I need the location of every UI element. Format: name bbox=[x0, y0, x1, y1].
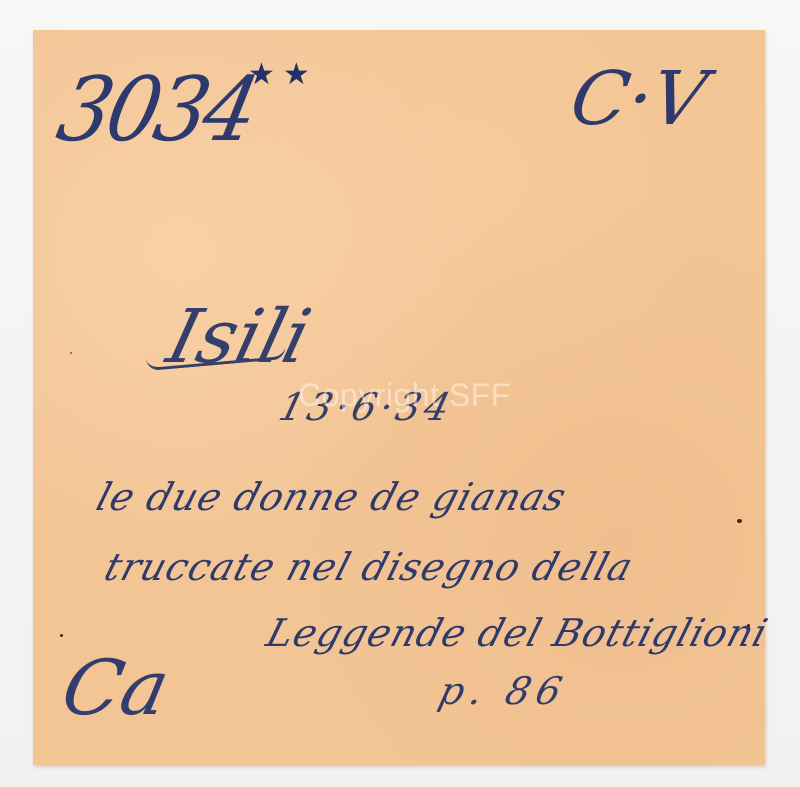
copyright-watermark: Copyright SFF bbox=[298, 377, 511, 414]
ink-speck bbox=[747, 624, 750, 627]
paper-speck bbox=[70, 352, 72, 354]
initials: Ca bbox=[56, 650, 176, 726]
note-line: Leggende del Bottiglioni bbox=[263, 614, 773, 652]
note-line: truccate nel disegno della bbox=[101, 548, 638, 586]
ink-speck bbox=[737, 519, 742, 523]
series-code: C·V bbox=[565, 62, 712, 136]
star-rating-icon: ★★ bbox=[248, 60, 318, 90]
ink-speck bbox=[60, 634, 63, 637]
catalog-number: 3034 bbox=[51, 67, 263, 156]
note-line: le due donne de gianas bbox=[93, 478, 571, 516]
page-reference: p. 86 bbox=[435, 672, 571, 710]
